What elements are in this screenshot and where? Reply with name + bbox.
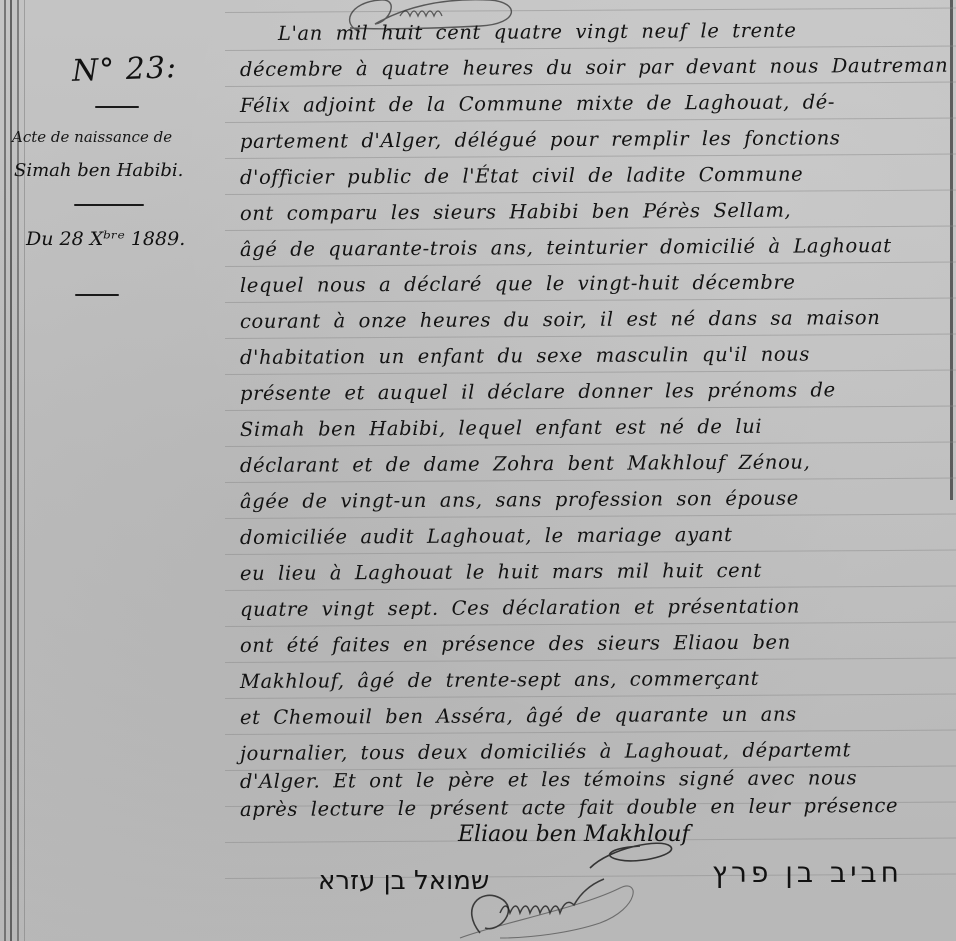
ruled-line: [225, 154, 956, 159]
body-line: quatre vingt sept. Ces déclaration et pr…: [240, 594, 940, 622]
body-line: domiciliée audit Laghouat, le mariage ay…: [240, 522, 940, 550]
body-line: présente et auquel il déclare donner les…: [240, 378, 940, 406]
body-line: d'officier public de l'État civil de lad…: [240, 162, 940, 190]
ruled-line: [225, 118, 956, 123]
ruled-line: [225, 262, 956, 267]
body-line: eu lieu à Laghouat le huit mars mil huit…: [240, 558, 940, 586]
body-line: d'Alger. Et ont le père et les témoins s…: [240, 766, 940, 794]
ruled-line: [225, 82, 956, 87]
ruled-line: [225, 406, 956, 411]
ruled-line: [225, 370, 956, 375]
margin-act-title: Acte de naissance de: [12, 128, 172, 146]
margin-child-name: Simah ben Habibi.: [14, 160, 183, 181]
ruled-line: [225, 622, 956, 627]
page-edge-line: [950, 0, 953, 500]
body-line: partement d'Alger, délégué pour remplir …: [240, 126, 940, 154]
body-line: Félix adjoint de la Commune mixte de Lag…: [240, 90, 940, 118]
ruled-line: [225, 478, 956, 483]
ruled-line: [225, 730, 956, 735]
ruled-line: [225, 46, 956, 51]
entry-number: N° 23:: [71, 50, 177, 89]
body-line: et Chemouil ben Asséra, âgé de quarante …: [240, 702, 940, 730]
margin-annotation: N° 23: Acte de naissance de Simah ben Ha…: [0, 0, 230, 941]
separator-dash: [75, 294, 119, 296]
separator-dash: [74, 204, 144, 206]
separator-dash: [95, 106, 139, 108]
ruled-line: [225, 190, 956, 195]
body-line: lequel nous a déclaré que le vingt-huit …: [240, 270, 940, 298]
body-line: âgé de quarante-trois ans, teinturier do…: [240, 234, 940, 262]
ruled-line: [225, 694, 956, 699]
body-line: décembre à quatre heures du soir par dev…: [240, 54, 940, 82]
body-line: Makhlouf, âgé de trente-sept ans, commer…: [240, 666, 940, 694]
ruled-line: [225, 550, 956, 555]
ruled-line: [225, 658, 956, 663]
register-page: N° 23: Acte de naissance de Simah ben Ha…: [0, 0, 956, 941]
body-line: ont été faites en présence des sieurs El…: [240, 630, 940, 658]
ruled-line: [225, 586, 956, 591]
body-line: d'habitation un enfant du sexe masculin …: [240, 342, 940, 370]
body-line: après lecture le présent acte fait doubl…: [240, 794, 940, 822]
body-line: journalier, tous deux domiciliés à Lagho…: [240, 738, 940, 766]
body-line: âgée de vingt-un ans, sans profession so…: [240, 486, 940, 514]
ruled-line: [225, 334, 956, 339]
body-line: Simah ben Habibi, lequel enfant est né d…: [240, 414, 940, 442]
signature-father-hebrew: חביב בן פרץ: [712, 856, 903, 889]
body-line: déclarant et de dame Zohra bent Makhlouf…: [240, 450, 940, 478]
ruled-line: [225, 298, 956, 303]
ruled-line: [225, 226, 956, 231]
ruled-line: [225, 514, 956, 519]
officer-signature-flourish: [440, 838, 680, 941]
body-line: L'an mil huit cent quatre vingt neuf le …: [278, 18, 956, 46]
margin-date: Du 28 Xᵇʳᵉ 1889.: [26, 228, 185, 250]
ruled-line: [225, 442, 956, 447]
body-line: courant à onze heures du soir, il est né…: [240, 306, 940, 334]
body-line: ont comparu les sieurs Habibi ben Pérès …: [240, 198, 940, 226]
